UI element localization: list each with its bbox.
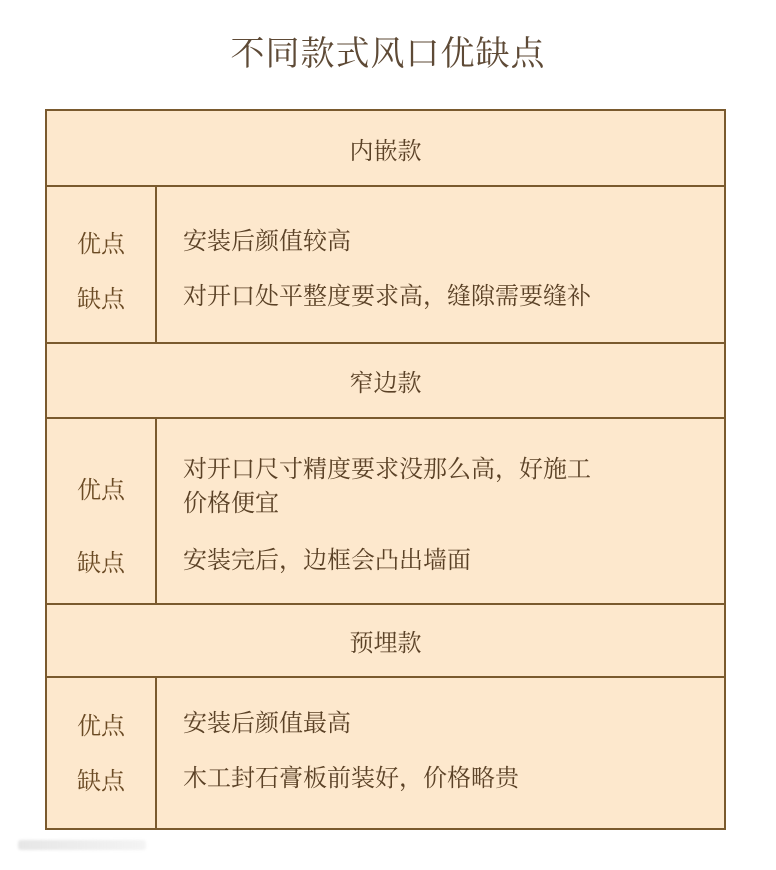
pros-label: 优点 <box>47 224 155 259</box>
pros-value-line-1: 对开口尺寸精度要求没那么高，好施工 <box>183 452 591 486</box>
divider <box>47 676 724 678</box>
pros-label: 优点 <box>47 470 155 505</box>
cons-label: 缺点 <box>47 543 155 578</box>
column-divider <box>155 678 157 828</box>
section-header-narrow-edge: 窄边款 <box>47 344 724 417</box>
pros-value: 安装后颜值较高 <box>183 224 351 258</box>
comparison-table: 内嵌款 优点 安装后颜值较高 缺点 对开口处平整度要求高，缝隙需要缝补 窄边款 … <box>45 109 726 830</box>
column-divider <box>155 187 157 343</box>
divider <box>47 185 724 187</box>
cons-value: 安装完后，边框会凸出墙面 <box>183 543 471 577</box>
cons-label: 缺点 <box>47 761 155 796</box>
section-header-embedded: 预埋款 <box>47 605 724 676</box>
pros-label: 优点 <box>47 706 155 741</box>
watermark <box>18 840 146 850</box>
cons-value: 木工封石膏板前装好，价格略贵 <box>183 761 519 795</box>
column-divider <box>155 419 157 604</box>
pros-value: 安装后颜值最高 <box>183 706 351 740</box>
cons-value: 对开口处平整度要求高，缝隙需要缝补 <box>183 279 591 313</box>
cons-label: 缺点 <box>47 279 155 314</box>
page-title: 不同款式风口优缺点 <box>0 30 776 78</box>
pros-value-line-2: 价格便宜 <box>183 486 279 520</box>
section-header-inset: 内嵌款 <box>47 111 724 185</box>
divider <box>47 417 724 419</box>
